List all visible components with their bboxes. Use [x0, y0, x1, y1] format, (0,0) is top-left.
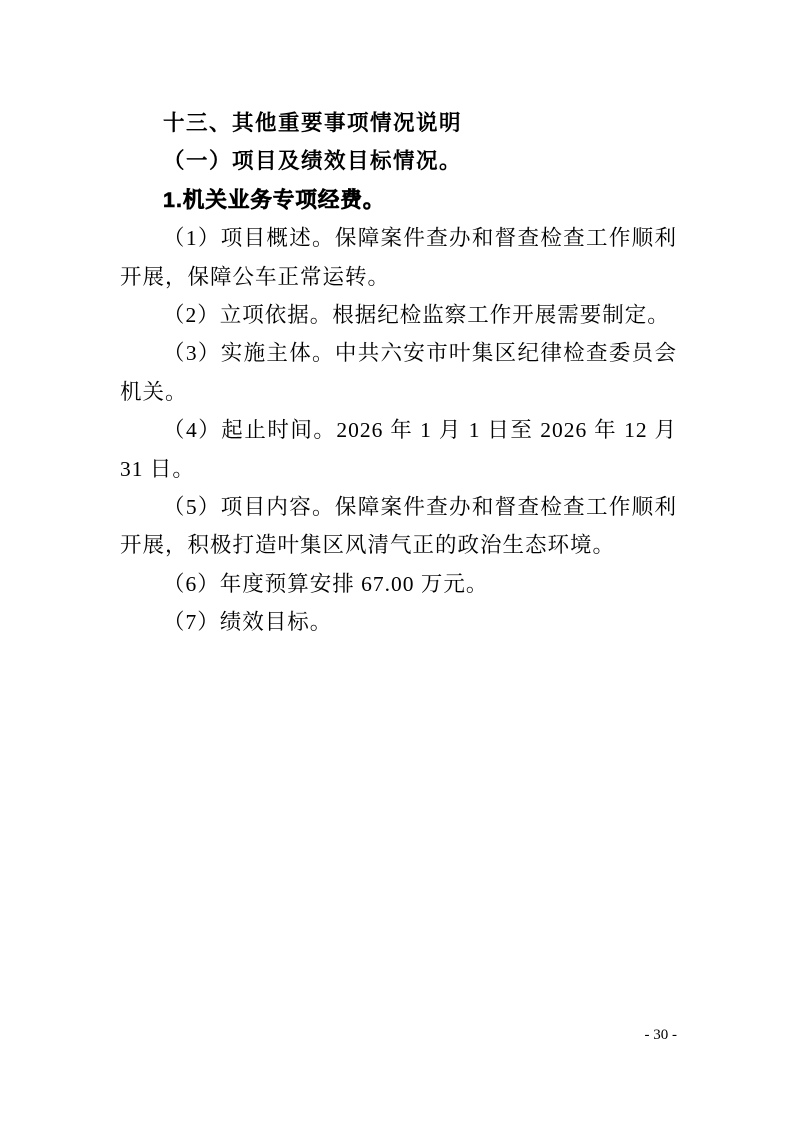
paragraph-performance-target: （7）绩效目标。 — [120, 603, 677, 641]
document-page: 十三、其他重要事项情况说明 （一）项目及绩效目标情况。 1.机关业务专项经费。 … — [0, 0, 793, 1122]
item-heading: 1.机关业务专项经费。 — [120, 181, 677, 219]
document-body: 十三、其他重要事项情况说明 （一）项目及绩效目标情况。 1.机关业务专项经费。 … — [120, 104, 677, 642]
section-heading: 十三、其他重要事项情况说明 — [120, 104, 677, 142]
page-number: - 30 - — [120, 1024, 677, 1046]
subsection-heading: （一）项目及绩效目标情况。 — [120, 142, 677, 180]
paragraph-time-span: （4）起止时间。2026 年 1 月 1 日至 2026 年 12 月 31 日… — [120, 411, 677, 488]
paragraph-annual-budget: （6）年度预算安排 67.00 万元。 — [120, 565, 677, 603]
paragraph-project-content: （5）项目内容。保障案件查办和督查检查工作顺利开展，积极打造叶集区风清气正的政治… — [120, 488, 677, 565]
paragraph-project-overview: （1）项目概述。保障案件查办和督查检查工作顺利开展，保障公车正常运转。 — [120, 219, 677, 296]
paragraph-implementing-body: （3）实施主体。中共六安市叶集区纪律检查委员会机关。 — [120, 334, 677, 411]
paragraph-project-basis: （2）立项依据。根据纪检监察工作开展需要制定。 — [120, 296, 677, 334]
